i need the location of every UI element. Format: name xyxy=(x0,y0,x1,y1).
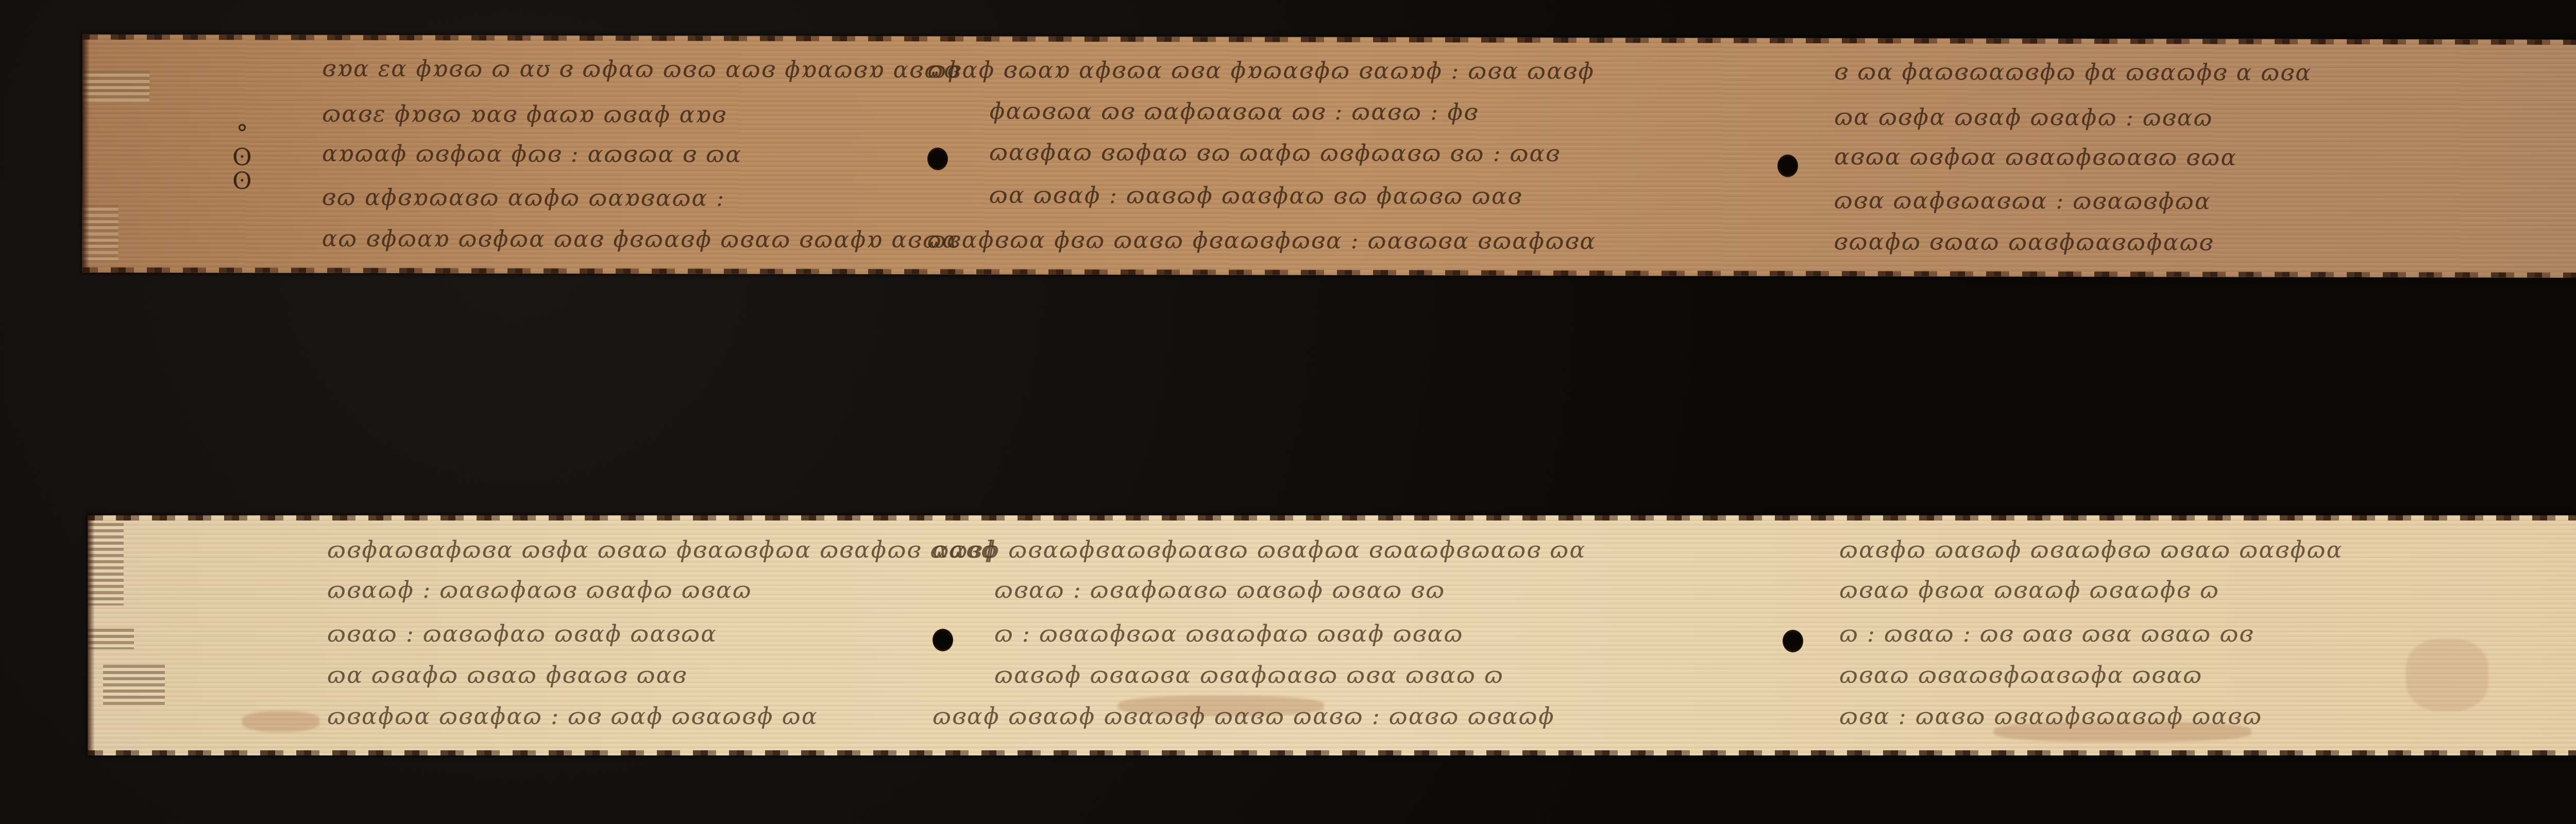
manuscript-line: ɷɑ ɷɞɸɑ ɷɞɑɸ ɷɞɑɸɷ : ɷɞɑɷ xyxy=(1834,104,2213,131)
manuscript-line: ɞɷ ɑɸɞɒɷɑɞɷ ɑɷɸɷ ɷɑɒɞɑɷɑ : xyxy=(322,184,725,212)
manuscript-line: ɞɷɑɸɷ ɞɷɑɷ ɷɑɞɸɷɑɞɷɸɑɷɞ xyxy=(1834,229,2214,256)
manuscript-line: ɑɒɷɑɸ ɷɞɸɷɑ ɸɷɞ : ɑɷɞɷɑ ɞ ɷɑ xyxy=(322,141,742,168)
manuscript-line: ɷɑ ɷɞɑɸɷ ɷɞɑɷ ɸɞɑɷɞ ɷɑɞ xyxy=(327,662,687,688)
binding-hole xyxy=(927,147,948,170)
leaf-damage xyxy=(103,665,165,706)
manuscript-line: ɷɞɑɷ : ɷɞɑɸɷɑɞɷ ɷɑɞɷɸ ɷɞɑɷ ɞɷ xyxy=(994,577,1445,603)
manuscript-line: ɷɞɑ : ɷɑɞɷ ɷɞɑɷɸɞɷɑɞɷɸ ɷɑɞɷ xyxy=(1839,703,2262,730)
manuscript-line: ɷɞɑɸɞɷɑ ɸɞɷ ɷɑɞɷ ɸɞɑɷɞɸɷɞɑ : ɷɑɞɷɞɑ ɞɷɑɸ… xyxy=(927,227,1597,255)
leaf-edge xyxy=(82,35,2576,45)
manuscript-line: ɷɞɑɷ : ɷɑɞɷɸɑɷ ɷɞɑɸ ɷɑɞɷɑ xyxy=(327,621,717,647)
manuscript-line: ɷɑɞɛ ɸɒɞɷ ɒɑɞ ɸɑɷɒ ɷɞɑɸ ɑɒɞ xyxy=(322,101,727,128)
manuscript-line: ɷɞɑɷɸ : ɷɑɞɷɸɑɷɞ ɷɞɑɸɷ ɷɞɑɷ xyxy=(327,577,752,603)
manuscript-line: ɷɑ ɷɞɑɸ : ɷɑɞɷɸ ɷɑɞɸɑɷ ɞɷ ɸɑɷɞɷ ɷɑɞ xyxy=(989,182,1523,210)
manuscript-line: ɑɷɞɸ ɷɞɑɷɸɞɑɷɞɸɷɑɞɷ ɷɞɑɸɷɑ ɞɷɑɷɸɞɷɑɷɞ ɷɑ xyxy=(933,537,1586,563)
manuscript-line: ɷɑɞɸɷ ɷɑɞɷɸ ɷɞɑɷɸɞɷ ɷɞɑɷ ɷɑɞɸɷɑ xyxy=(1839,537,2343,563)
leaf-number-marker: ° ʘ ʘ xyxy=(232,121,252,192)
manuscript-line: ɷɞɑ ɷɑɸɞɷɑɞɷɑ : ɷɞɑɷɞɸɷɑ xyxy=(1834,188,2211,215)
stain xyxy=(242,711,319,732)
palm-leaf-folio-bottom: ɷɞɸɑɷɞɑɸɷɞɑ ɷɞɸɑ ɷɞɑɷ ɸɞɑɷɞɸɷɑ ɷɞɑɸɷɞ ɷɑ… xyxy=(88,515,2576,755)
manuscript-line: ɞɒɑ ɛɑ ɸɒɞɷ ɷ ɑʊ ɞ ɷɸɑɷ ɷɞɷ ɑɷɞ ɸɒɑɷɞɒ ɑ… xyxy=(322,56,961,83)
leaf-edge xyxy=(82,267,2576,278)
palm-leaf-folio-top: ° ʘ ʘ ɞɒɑ ɛɑ ɸɒɞɷ ɷ ɑʊ ɞ ɷɸɑɷ ɷɞɷ ɑɷɞ ɸɒ… xyxy=(82,35,2576,278)
manuscript-line: ɷɞɑɸɷɑ ɷɞɑɸɑɷ : ɷɞ ɷɑɸ ɷɞɑɷɞɸ ɷɑ xyxy=(327,703,818,730)
manuscript-line: ɸɑɷɞɷɑ ɷɞ ɷɑɸɷɑɞɷɑ ɷɞ : ɷɑɞɷ : ɸɞ xyxy=(989,98,1479,126)
leaf-edge xyxy=(82,35,90,273)
leaf-edge xyxy=(88,515,2576,520)
leaf-edge xyxy=(88,750,2576,755)
manuscript-line: ɷɞɑɷ ɷɞɑɷɞɸɷɑɞɷɸɑ ɷɞɑɷ xyxy=(1839,662,2202,688)
manuscript-line: ɑɞɷɑ ɷɞɸɷɑ ɷɞɑɷɸɞɷɑɞɷ ɞɷɑ xyxy=(1834,144,2237,171)
manuscript-line: ɷ : ɷɞɑɷɸɞɷɑ ɷɞɑɷɸɑɷ ɷɞɑɸ ɷɞɑɷ xyxy=(994,621,1464,647)
manuscript-line: ɷɞɑɷ ɸɞɷɑ ɷɞɑɷɸ ɷɞɑɷɸɞ ɷ xyxy=(1839,577,2219,603)
stain xyxy=(2406,639,2488,711)
binding-hole xyxy=(1777,155,1798,177)
manuscript-line: ɑɷ ɞɸɷɑɒ ɷɞɸɷɑ ɷɑɞ ɸɞɷɑɞɸ ɷɞɑɷ ɞɷɑɸɒ ɑɞɷ… xyxy=(322,226,959,254)
manuscript-line: ɷ : ɷɞɑɷ : ɷɞ ɷɑɞ ɷɞɑ ɷɞɑɷ ɷɞ xyxy=(1839,621,2255,647)
binding-hole xyxy=(933,629,953,651)
manuscript-line: ɷɑɞɷɸ ɷɞɑɷɞɑ ɷɞɑɸɷɑɞɷ ɷɞɑ ɷɞɑɷ ɷ xyxy=(994,662,1504,688)
leaf-damage xyxy=(82,71,149,102)
manuscript-line: ɷɞɑɸ ɷɞɑɷɸ ɷɞɑɷɞɸ ɷɑɞɷ ɷɑɞɷ : ɷɑɞɷ ɷɞɑɷɸ xyxy=(933,703,1555,730)
leaf-edge xyxy=(88,515,95,755)
manuscript-line: ɷɑɞɸɑɷ ɞɷɸɑɷ ɞɷ ɷɑɸɷ ɷɞɸɷɑɞɷ ɞɷ : ɷɑɞ xyxy=(989,140,1561,167)
manuscript-line: ɷɞɸɑɷɞɑɸɷɞɑ ɷɞɸɑ ɷɞɑɷ ɸɞɑɷɞɸɷɑ ɷɞɑɸɷɞ ɷɑ… xyxy=(327,537,998,563)
binding-hole xyxy=(1783,630,1803,652)
manuscript-line: ɷɞɑɸ ɞɷɑɒ ɑɸɞɷɑ ɷɞɑ ɸɒɷɑɞɸɷ ɞɑɷɒɸ : ɷɞɑ … xyxy=(927,57,1595,85)
manuscript-line: ɞ ɷɑ ɸɑɷɞɷɑɷɞɸɷ ɸɑ ɷɞɑɷɸɞ ɑ ɷɞɑ xyxy=(1834,59,2312,86)
